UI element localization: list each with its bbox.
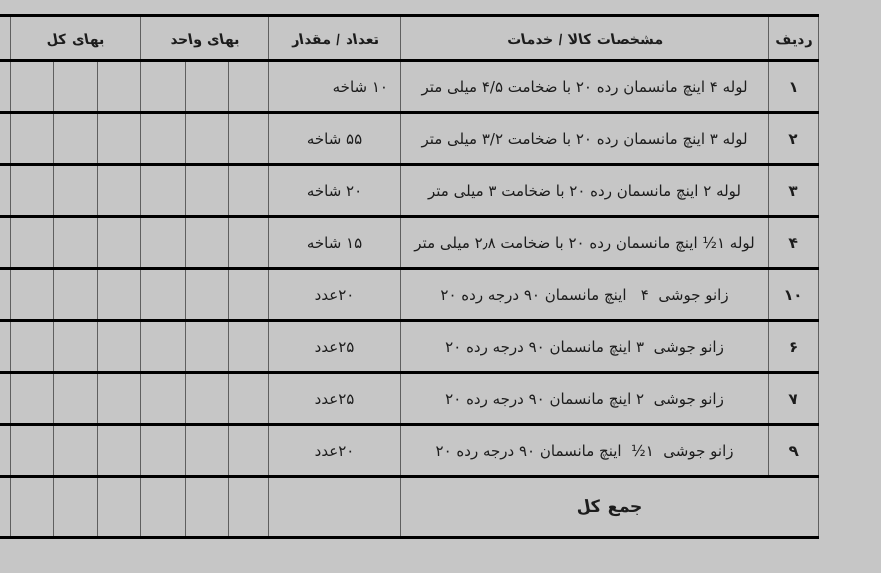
header-description: مشخصات کالا / خدمات <box>401 16 769 61</box>
grand-total-quantity-cell <box>269 477 401 538</box>
offscreen-cell <box>0 165 10 217</box>
header-row: ردیف مشخصات کالا / خدمات تعداد / مقدار ب… <box>0 16 819 61</box>
total-price-cell <box>97 113 140 165</box>
row-number-cell: ۴ <box>769 217 819 269</box>
table-row: ۷زانو جوشی ۲ اینچ مانسمان ۹۰ درجه رده ۲۰… <box>0 373 819 425</box>
total-price-cell <box>53 165 97 217</box>
unit-price-cell <box>140 269 185 321</box>
unit-price-cell <box>229 321 269 373</box>
quantity-cell: ۲۰عدد <box>269 425 401 477</box>
grand-total-cell: جمع کل <box>401 477 819 538</box>
row-number-cell: ۱۰ <box>769 269 819 321</box>
total-price-cell <box>97 321 140 373</box>
description-cell: لوله ۱½ اینچ مانسمان رده ۲۰ با ضخامت ۲٫۸… <box>401 217 769 269</box>
row-number-cell: ۹ <box>769 425 819 477</box>
total-price-cell <box>53 321 97 373</box>
table-row: ۹زانو جوشی ۱½ اینچ مانسمان ۹۰ درجه رده ۲… <box>0 425 819 477</box>
total-price-cell <box>10 217 53 269</box>
quotation-table: ردیف مشخصات کالا / خدمات تعداد / مقدار ب… <box>0 14 819 539</box>
quantity-cell: ۲۰ شاخه <box>269 165 401 217</box>
header-total-price-label: بهای کل <box>45 32 106 48</box>
grand-total-row: جمع کل <box>0 477 819 538</box>
row-number-cell: ۶ <box>769 321 819 373</box>
unit-price-cell <box>229 373 269 425</box>
header-radif: ردیف <box>769 16 819 61</box>
description-cell: لوله ۲ اینچ مانسمان رده ۲۰ با ضخامت ۳ می… <box>401 165 769 217</box>
unit-price-cell <box>140 217 185 269</box>
total-price-cell <box>10 61 53 113</box>
row-number: ۲ <box>787 130 799 148</box>
grand-total-label: جمع کل <box>575 497 645 517</box>
quantity-cell: ۲۰عدد <box>269 269 401 321</box>
offscreen-cell <box>0 425 10 477</box>
quantity-cell: ۲۵عدد <box>269 373 401 425</box>
description-cell: لوله ۳ اینچ مانسمان رده ۲۰ با ضخامت ۳/۲ … <box>401 113 769 165</box>
total-price-cell <box>10 477 53 538</box>
unit-price-cell <box>140 61 185 113</box>
header-unit-price-label: بهای واحد <box>169 32 241 48</box>
row-number: ۳ <box>787 182 799 200</box>
quantity-cell: ۱۰ شاخه <box>269 61 401 113</box>
unit-price-cell <box>140 373 185 425</box>
total-price-cell <box>97 269 140 321</box>
row-number: ۴ <box>787 234 799 252</box>
total-price-cell <box>97 61 140 113</box>
table-row: ۳لوله ۲ اینچ مانسمان رده ۲۰ با ضخامت ۳ م… <box>0 165 819 217</box>
total-price-cell <box>97 165 140 217</box>
header-offscreen-column <box>0 16 10 61</box>
offscreen-cell <box>0 321 10 373</box>
unit-price-cell <box>186 165 229 217</box>
total-price-cell <box>10 321 53 373</box>
unit-price-cell <box>140 321 185 373</box>
total-price-cell <box>53 373 97 425</box>
total-price-cell <box>97 477 140 538</box>
header-description-label: مشخصات کالا / خدمات <box>505 32 664 48</box>
offscreen-cell <box>0 269 10 321</box>
unit-price-cell <box>140 477 185 538</box>
total-price-cell <box>10 425 53 477</box>
total-price-cell <box>53 269 97 321</box>
unit-price-cell <box>140 165 185 217</box>
unit-price-cell <box>229 425 269 477</box>
quantity-cell: ۲۵عدد <box>269 321 401 373</box>
description-cell: زانو جوشی ۲ اینچ مانسمان ۹۰ درجه رده ۲۰ <box>401 373 769 425</box>
offscreen-cell <box>0 217 10 269</box>
total-price-cell <box>10 165 53 217</box>
description-cell: لوله ۴ اینچ مانسمان رده ۲۰ با ضخامت ۴/۵ … <box>401 61 769 113</box>
unit-price-cell <box>229 165 269 217</box>
header-total-price: بهای کل <box>10 16 140 61</box>
description-cell: زانو جوشی ۴ اینچ مانسمان ۹۰ درجه رده ۲۰ <box>401 269 769 321</box>
unit-price-cell <box>140 425 185 477</box>
total-price-cell <box>10 113 53 165</box>
total-price-cell <box>53 425 97 477</box>
total-price-cell <box>10 373 53 425</box>
unit-price-cell <box>186 269 229 321</box>
unit-price-cell <box>229 217 269 269</box>
total-price-cell <box>97 425 140 477</box>
header-quantity-label: تعداد / مقدار <box>289 32 380 48</box>
row-number: ۶ <box>787 338 799 356</box>
offscreen-cell <box>0 61 10 113</box>
table-row: ۱لوله ۴ اینچ مانسمان رده ۲۰ با ضخامت ۴/۵… <box>0 61 819 113</box>
table-row: ۱۰زانو جوشی ۴ اینچ مانسمان ۹۰ درجه رده ۲… <box>0 269 819 321</box>
header-unit-price: بهای واحد <box>140 16 268 61</box>
row-number-cell: ۳ <box>769 165 819 217</box>
quantity-cell: ۵۵ شاخه <box>269 113 401 165</box>
unit-price-cell <box>140 113 185 165</box>
table-row: ۲لوله ۳ اینچ مانسمان رده ۲۰ با ضخامت ۳/۲… <box>0 113 819 165</box>
total-price-cell <box>53 113 97 165</box>
table-row: ۴لوله ۱½ اینچ مانسمان رده ۲۰ با ضخامت ۲٫… <box>0 217 819 269</box>
row-number-cell: ۷ <box>769 373 819 425</box>
row-number-cell: ۱ <box>769 61 819 113</box>
unit-price-cell <box>229 269 269 321</box>
total-price-cell <box>10 269 53 321</box>
description-cell: زانو جوشی ۱½ اینچ مانسمان ۹۰ درجه رده ۲۰ <box>401 425 769 477</box>
unit-price-cell <box>186 425 229 477</box>
unit-price-cell <box>186 113 229 165</box>
total-price-cell <box>97 217 140 269</box>
row-number: ۷ <box>787 390 799 408</box>
row-number-cell: ۲ <box>769 113 819 165</box>
unit-price-cell <box>186 217 229 269</box>
offscreen-cell <box>0 373 10 425</box>
total-price-cell <box>97 373 140 425</box>
row-number: ۱۰ <box>783 286 804 304</box>
unit-price-cell <box>186 373 229 425</box>
table-body: ۱لوله ۴ اینچ مانسمان رده ۲۰ با ضخامت ۴/۵… <box>0 61 819 477</box>
offscreen-cell <box>0 477 10 538</box>
unit-price-cell <box>186 61 229 113</box>
unit-price-cell <box>186 477 229 538</box>
total-price-cell <box>53 61 97 113</box>
row-number: ۱ <box>787 78 799 96</box>
table-row: ۶زانو جوشی ۳ اینچ مانسمان ۹۰ درجه رده ۲۰… <box>0 321 819 373</box>
header-quantity: تعداد / مقدار <box>269 16 401 61</box>
unit-price-cell <box>229 113 269 165</box>
header-radif-label: ردیف <box>773 32 813 48</box>
description-cell: زانو جوشی ۳ اینچ مانسمان ۹۰ درجه رده ۲۰ <box>401 321 769 373</box>
quantity-cell: ۱۵ شاخه <box>269 217 401 269</box>
offscreen-cell <box>0 113 10 165</box>
unit-price-cell <box>229 61 269 113</box>
unit-price-cell <box>229 477 269 538</box>
total-price-cell <box>53 217 97 269</box>
unit-price-cell <box>186 321 229 373</box>
total-price-cell <box>53 477 97 538</box>
row-number: ۹ <box>787 442 799 460</box>
